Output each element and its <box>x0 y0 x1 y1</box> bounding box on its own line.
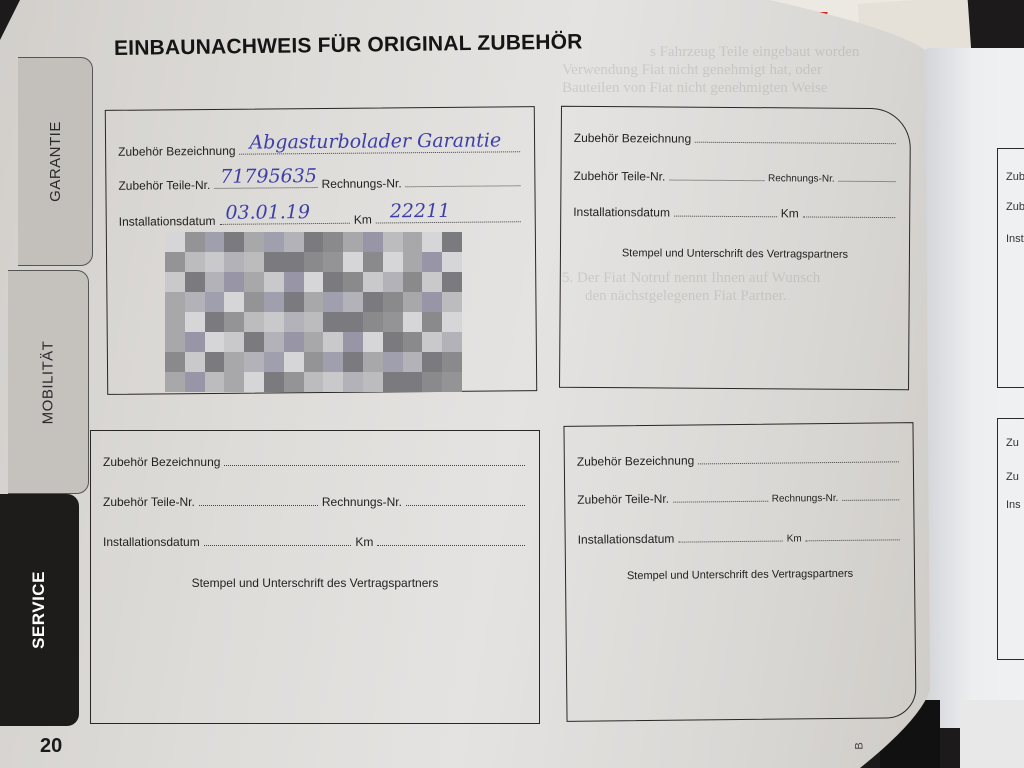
installationsdatum-field[interactable]: 03.01.19 <box>219 222 349 225</box>
right-page-label: Zub <box>1006 171 1024 183</box>
mosaic-cell <box>363 272 383 292</box>
mosaic-cell <box>403 292 423 312</box>
right-page-label: Zu <box>1006 437 1019 449</box>
mosaic-cell <box>244 272 264 292</box>
rechnungs-nr-field[interactable] <box>406 504 525 506</box>
mosaic-cell <box>442 252 462 272</box>
mosaic-cell <box>224 312 244 332</box>
installationsdatum-field[interactable] <box>674 215 777 218</box>
mosaic-cell <box>165 232 185 252</box>
stamp-signature-label: Stempel und Unterschrift des Vertragspar… <box>561 247 909 261</box>
mosaic-cell <box>383 292 403 312</box>
field-row-datum: Installationsdatum Km <box>103 535 529 549</box>
right-page-form-box-2: Zu Zu Ins <box>997 418 1024 660</box>
mosaic-cell <box>284 332 304 352</box>
mosaic-cell <box>422 252 442 272</box>
bezeichnung-field[interactable] <box>698 460 899 464</box>
field-row-teile: Zubehör Teile-Nr. Rechnungs-Nr. <box>577 489 903 506</box>
accessory-record-4: Zubehör Bezeichnung Zubehör Teile-Nr. Re… <box>563 422 916 722</box>
mosaic-cell <box>264 272 284 292</box>
tab-mobilitaet[interactable]: MOBILITÄT <box>8 270 89 494</box>
mosaic-cell <box>205 352 225 372</box>
mosaic-cell <box>363 312 383 332</box>
mosaic-cell <box>323 352 343 372</box>
mosaic-cell <box>343 292 363 312</box>
mosaic-cell <box>205 332 225 352</box>
mosaic-cell <box>442 232 462 252</box>
mosaic-cell <box>165 352 185 372</box>
label-teile-nr: Zubehör Teile-Nr. <box>118 178 210 193</box>
mosaic-cell <box>403 372 423 392</box>
mosaic-cell <box>383 332 403 352</box>
mosaic-cell <box>224 332 244 352</box>
mosaic-cell <box>403 272 423 292</box>
field-row-teile: Zubehör Teile-Nr. 71795635 Rechnungs-Nr. <box>118 175 524 193</box>
label-installationsdatum: Installationsdatum <box>573 205 670 220</box>
mosaic-cell <box>264 332 284 352</box>
mosaic-cell <box>403 352 423 372</box>
field-row-datum: Installationsdatum 03.01.19 Km 22211 <box>119 211 525 229</box>
mosaic-cell <box>442 272 462 292</box>
bezeichnung-field[interactable] <box>695 141 896 144</box>
tab-garantie[interactable]: GARANTIE <box>18 57 93 266</box>
mosaic-cell <box>284 252 304 272</box>
installationsdatum-field[interactable] <box>678 540 782 543</box>
field-row-bezeichnung: Zubehör Bezeichnung <box>577 451 903 468</box>
mosaic-cell <box>185 372 205 392</box>
mosaic-cell <box>284 272 304 292</box>
mosaic-cell <box>165 332 185 352</box>
teile-nr-field[interactable] <box>669 179 764 182</box>
mosaic-cell <box>244 232 264 252</box>
mosaic-cell <box>185 292 205 312</box>
handwritten-value: 22211 <box>390 200 451 223</box>
mosaic-cell <box>224 352 244 372</box>
label-km: Km <box>355 535 373 549</box>
mosaic-cell <box>205 272 225 292</box>
mosaic-cell <box>422 232 442 252</box>
right-page-label: Zu <box>1006 471 1019 483</box>
label-rechnungs-nr: Rechnungs-Nr. <box>322 495 402 509</box>
field-row-bezeichnung: Zubehör Bezeichnung <box>574 131 900 147</box>
mosaic-cell <box>383 372 403 392</box>
km-field[interactable]: 22211 <box>376 220 521 223</box>
mosaic-cell <box>363 352 383 372</box>
bezeichnung-field[interactable]: Abgasturbolader Garantie <box>240 150 521 154</box>
page-title: EINBAUNACHWEIS FÜR ORIGINAL ZUBEHÖR <box>114 30 583 61</box>
mosaic-cell <box>284 292 304 312</box>
mosaic-cell <box>304 372 324 392</box>
mosaic-cell <box>205 312 225 332</box>
field-row-teile: Zubehör Teile-Nr. Rechnungs-Nr. <box>573 169 899 185</box>
teile-nr-field[interactable] <box>199 504 318 506</box>
label-installationsdatum: Installationsdatum <box>578 532 675 547</box>
mosaic-cell <box>422 352 442 372</box>
mosaic-cell <box>403 312 423 332</box>
mosaic-cell <box>264 252 284 272</box>
mosaic-cell <box>343 272 363 292</box>
mosaic-cell <box>422 292 442 312</box>
label-km: Km <box>781 206 799 220</box>
mosaic-cell <box>343 232 363 252</box>
mosaic-cell <box>343 352 363 372</box>
km-field[interactable] <box>377 544 525 546</box>
field-row-datum: Installationsdatum Km <box>578 529 904 546</box>
tab-label: GARANTIE <box>47 121 64 202</box>
mosaic-cell <box>185 332 205 352</box>
mosaic-cell <box>442 352 462 372</box>
mosaic-cell <box>264 232 284 252</box>
mosaic-cell <box>422 332 442 352</box>
mosaic-cell <box>224 272 244 292</box>
bleed-through-text: Verwendung Fiat nicht genehmigt hat, ode… <box>562 62 822 79</box>
right-page-form-box-1: Zub Zub Inst <box>997 148 1024 388</box>
mosaic-cell <box>224 292 244 312</box>
mosaic-cell <box>323 292 343 312</box>
mosaic-cell <box>363 232 383 252</box>
redacted-stamp <box>165 232 462 392</box>
mosaic-cell <box>224 232 244 252</box>
mosaic-cell <box>244 312 264 332</box>
field-row-bezeichnung: Zubehör Bezeichnung Abgasturbolader Gara… <box>118 141 524 159</box>
mosaic-cell <box>442 292 462 312</box>
mosaic-cell <box>442 332 462 352</box>
mosaic-cell <box>403 332 423 352</box>
right-page-label: Ins <box>1006 499 1021 511</box>
km-field[interactable] <box>806 538 900 541</box>
bezeichnung-field[interactable] <box>224 464 525 466</box>
mosaic-cell <box>284 312 304 332</box>
right-page-label: Inst <box>1006 233 1024 245</box>
mosaic-cell <box>205 292 225 312</box>
bleed-through-text: Bauteilen von Fiat nicht genehmigten Wei… <box>562 80 828 97</box>
label-bezeichnung: Zubehör Bezeichnung <box>118 144 236 159</box>
mosaic-cell <box>304 252 324 272</box>
mosaic-cell <box>185 312 205 332</box>
mosaic-cell <box>383 272 403 292</box>
mosaic-cell <box>343 372 363 392</box>
mosaic-cell <box>422 372 442 392</box>
mosaic-cell <box>165 292 185 312</box>
mosaic-cell <box>323 272 343 292</box>
mosaic-cell <box>363 372 383 392</box>
field-row-datum: Installationsdatum Km <box>573 205 899 221</box>
bleed-through-text: s Fahrzeug Teile eingebaut worden <box>650 44 859 61</box>
mosaic-cell <box>165 312 185 332</box>
rechnungs-nr-field[interactable] <box>842 498 899 501</box>
mosaic-cell <box>403 252 423 272</box>
mosaic-cell <box>383 352 403 372</box>
mosaic-cell <box>343 332 363 352</box>
mosaic-cell <box>363 252 383 272</box>
mosaic-cell <box>205 232 225 252</box>
mosaic-cell <box>304 272 324 292</box>
mosaic-cell <box>284 352 304 372</box>
mosaic-cell <box>185 352 205 372</box>
accessory-record-2: Zubehör Bezeichnung Zubehör Teile-Nr. Re… <box>559 106 911 390</box>
mosaic-cell <box>304 312 324 332</box>
stamp-signature-label: Stempel und Unterschrift des Vertragspar… <box>91 576 539 590</box>
mosaic-cell <box>363 292 383 312</box>
km-field[interactable] <box>803 215 896 218</box>
mosaic-cell <box>304 332 324 352</box>
tab-label: MOBILITÄT <box>40 340 57 424</box>
handwritten-value: 03.01.19 <box>225 201 310 224</box>
mosaic-cell <box>343 252 363 272</box>
mosaic-cell <box>284 372 304 392</box>
label-bezeichnung: Zubehör Bezeichnung <box>574 131 692 146</box>
label-installationsdatum: Installationsdatum <box>119 214 216 229</box>
mosaic-cell <box>383 232 403 252</box>
mosaic-cell <box>244 332 264 352</box>
mosaic-cell <box>205 252 225 272</box>
label-bezeichnung: Zubehör Bezeichnung <box>103 455 220 469</box>
mosaic-cell <box>244 292 264 312</box>
mosaic-cell <box>442 312 462 332</box>
label-bezeichnung: Zubehör Bezeichnung <box>577 453 695 468</box>
mosaic-cell <box>264 352 284 372</box>
mosaic-cell <box>165 372 185 392</box>
label-teile-nr: Zubehör Teile-Nr. <box>573 169 665 184</box>
rechnungs-nr-field[interactable] <box>839 180 896 182</box>
desk-light <box>960 700 1024 768</box>
page-number: 20 <box>40 735 62 758</box>
mosaic-cell <box>442 372 462 392</box>
mosaic-cell <box>264 312 284 332</box>
label-teile-nr: Zubehör Teile-Nr. <box>103 495 195 509</box>
label-teile-nr: Zubehör Teile-Nr. <box>577 492 669 507</box>
mosaic-cell <box>304 292 324 312</box>
mosaic-cell <box>284 232 304 252</box>
mosaic-cell <box>264 292 284 312</box>
mosaic-cell <box>363 332 383 352</box>
mosaic-cell <box>383 312 403 332</box>
rechnungs-nr-field[interactable] <box>406 184 521 187</box>
stamp-signature-label: Stempel und Unterschrift des Vertragspar… <box>566 567 914 583</box>
mosaic-cell <box>185 232 205 252</box>
mosaic-cell <box>422 272 442 292</box>
mosaic-cell <box>224 252 244 272</box>
accessory-record-3: Zubehör Bezeichnung Zubehör Teile-Nr. Re… <box>90 430 540 724</box>
teile-nr-field[interactable] <box>673 500 768 503</box>
mosaic-cell <box>224 372 244 392</box>
handwritten-value: 71795635 <box>220 165 317 188</box>
label-rechnungs-nr: Rechnungs-Nr. <box>768 173 835 184</box>
mosaic-cell <box>244 352 264 372</box>
installationsdatum-field[interactable] <box>204 544 352 546</box>
right-page-label: Zub <box>1006 201 1024 213</box>
label-km: Km <box>354 213 372 227</box>
mosaic-cell <box>323 252 343 272</box>
field-row-teile: Zubehör Teile-Nr. Rechnungs-Nr. <box>103 495 529 509</box>
mosaic-cell <box>343 312 363 332</box>
corner-mark: B <box>854 742 866 749</box>
mosaic-cell <box>323 312 343 332</box>
mosaic-cell <box>422 312 442 332</box>
mosaic-cell <box>165 272 185 292</box>
mosaic-cell <box>165 252 185 272</box>
mosaic-cell <box>383 252 403 272</box>
mosaic-cell <box>304 352 324 372</box>
label-rechnungs-nr: Rechnungs-Nr. <box>322 176 402 191</box>
mosaic-cell <box>244 252 264 272</box>
mosaic-cell <box>323 372 343 392</box>
mosaic-cell <box>185 272 205 292</box>
label-rechnungs-nr: Rechnungs-Nr. <box>772 493 839 505</box>
teile-nr-field[interactable]: 71795635 <box>214 186 317 189</box>
tab-service[interactable]: SERVICE <box>0 494 79 726</box>
tab-label: SERVICE <box>29 571 49 649</box>
mosaic-cell <box>323 232 343 252</box>
right-page: Zub Zub Inst Zu Zu Ins <box>925 48 1024 728</box>
field-row-bezeichnung: Zubehör Bezeichnung <box>103 455 529 469</box>
booklet-page: s Fahrzeug Teile eingebaut worden Verwen… <box>0 0 935 768</box>
mosaic-cell <box>185 252 205 272</box>
mosaic-cell <box>264 372 284 392</box>
mosaic-cell <box>323 332 343 352</box>
label-km: Km <box>787 533 802 544</box>
mosaic-cell <box>244 372 264 392</box>
label-installationsdatum: Installationsdatum <box>103 535 200 549</box>
handwritten-value: Abgasturbolader Garantie <box>249 129 501 153</box>
mosaic-cell <box>205 372 225 392</box>
mosaic-cell <box>403 232 423 252</box>
mosaic-cell <box>304 232 324 252</box>
